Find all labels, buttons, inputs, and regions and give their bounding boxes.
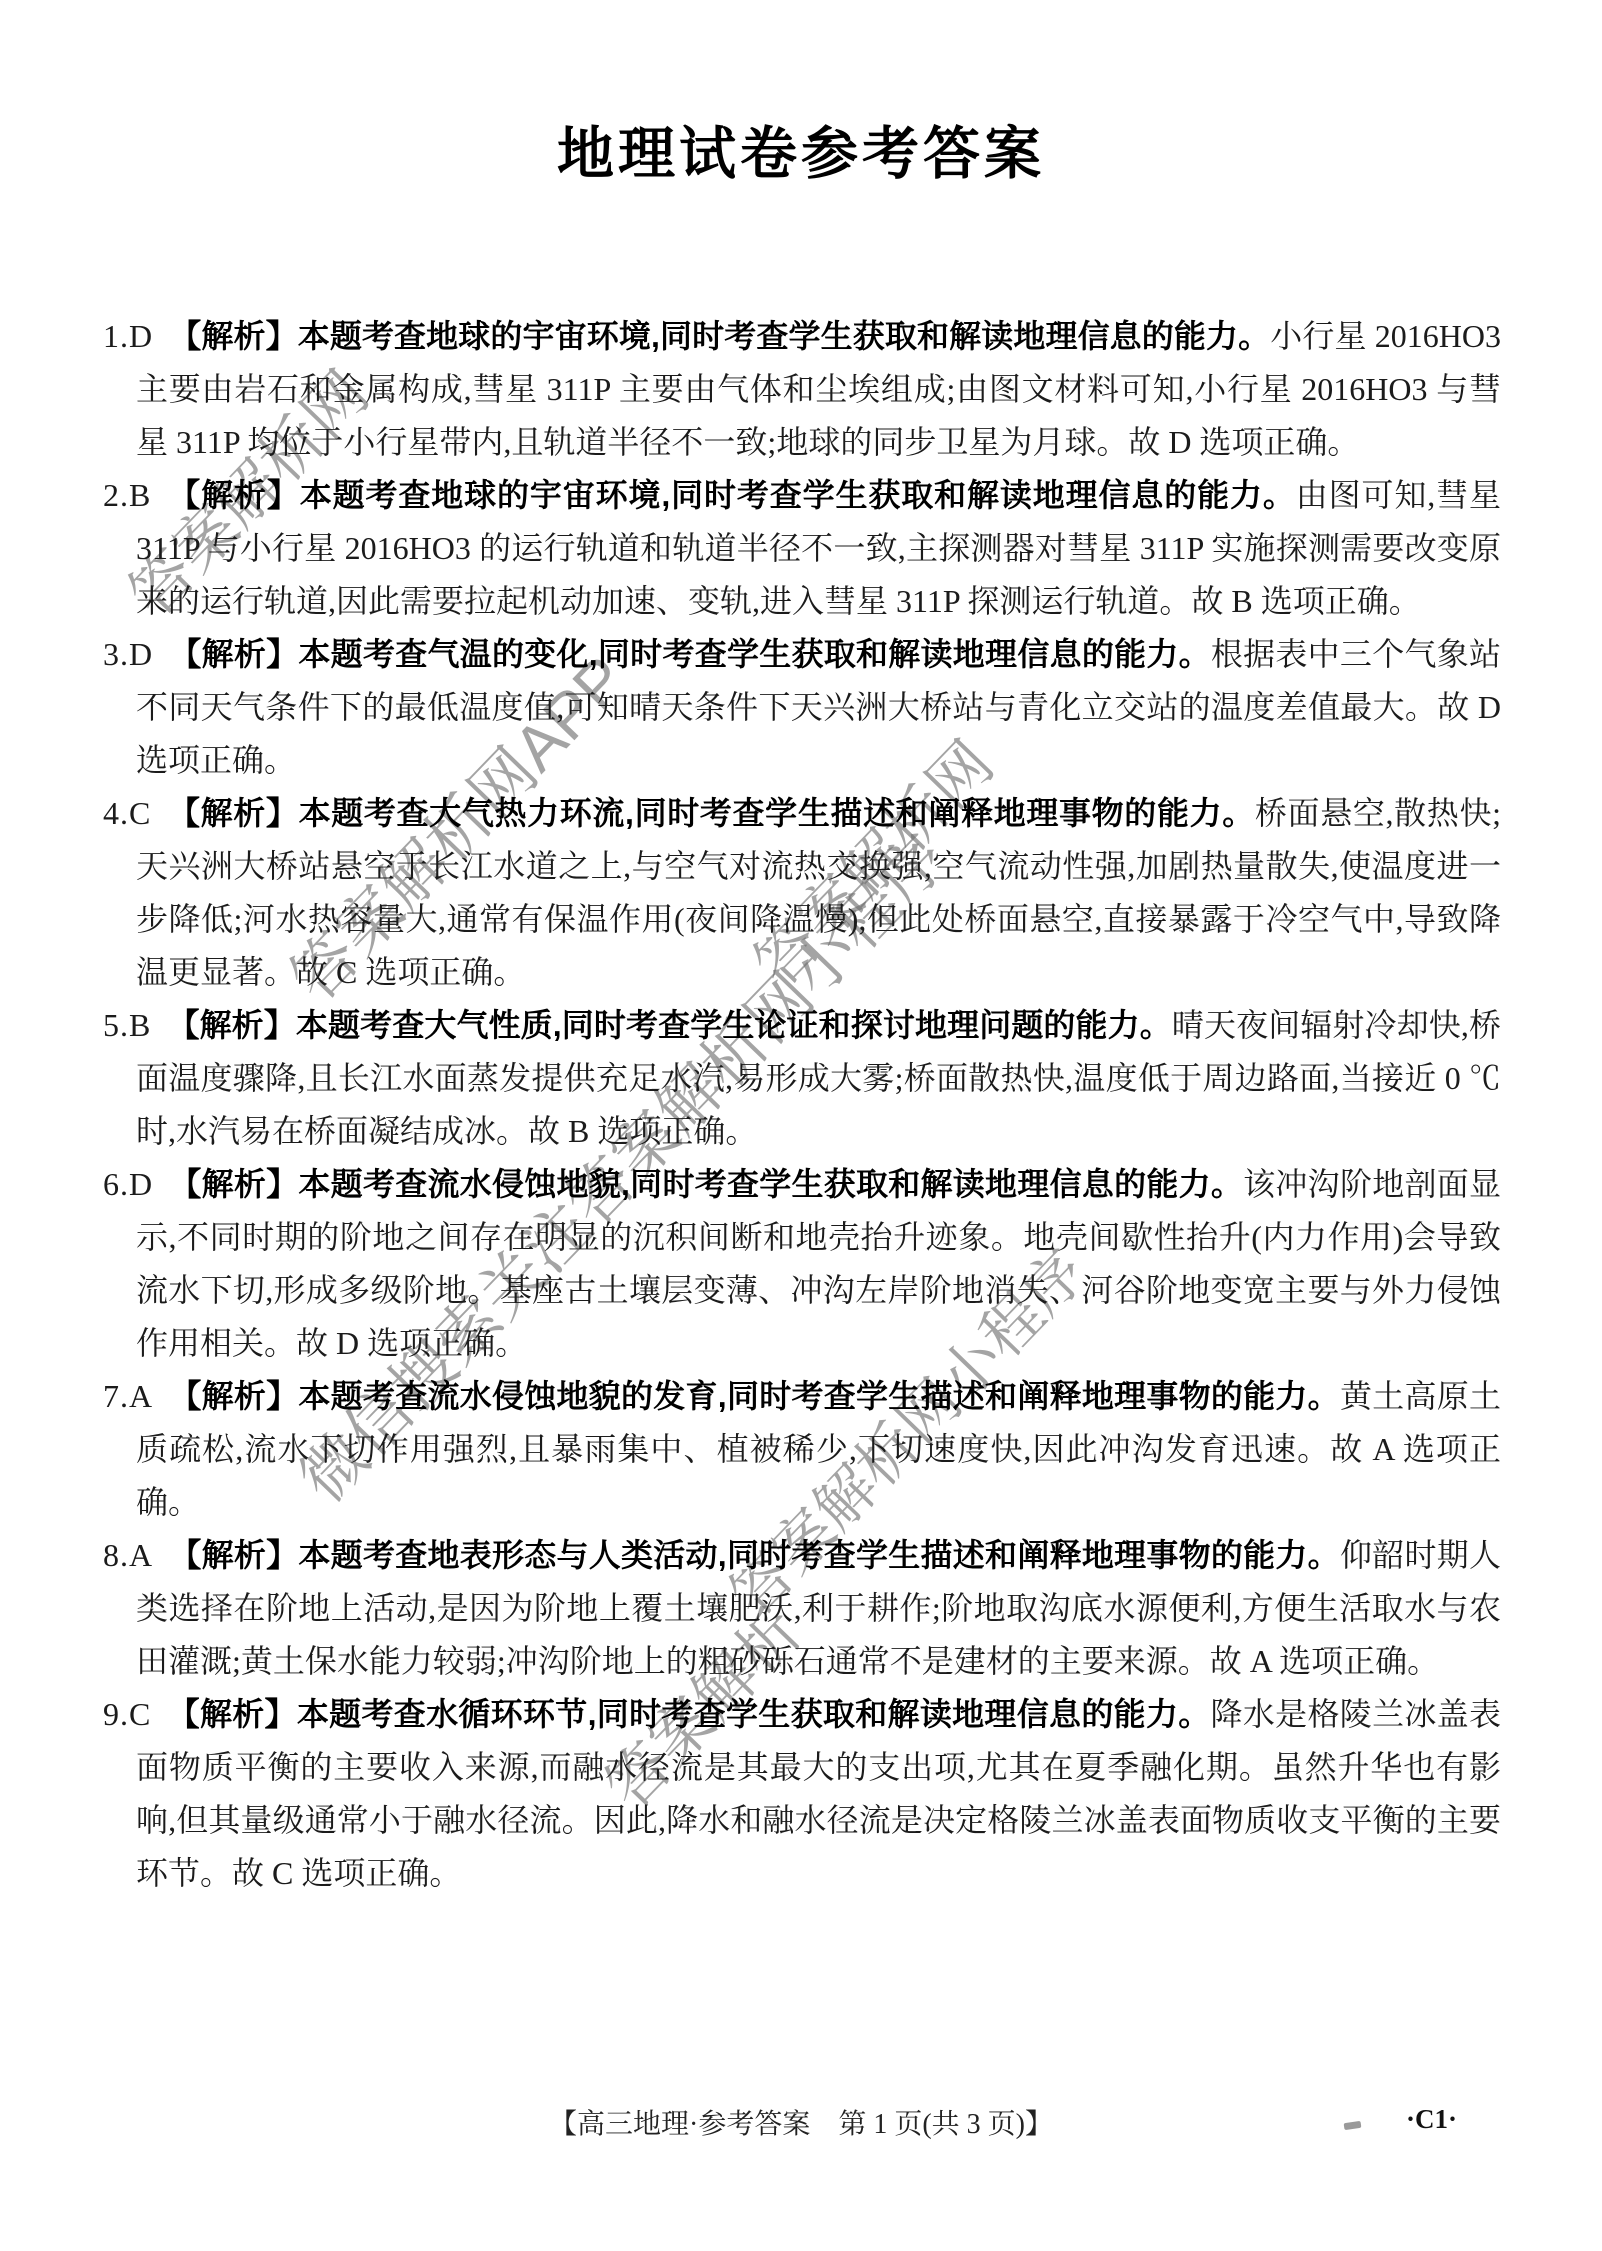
analysis-heading: 【解析】本题考查大气热力环流,同时考查学生描述和阐释地理事物的能力。 (167, 795, 1255, 831)
analysis-heading: 【解析】本题考查流水侵蚀地貌的发育,同时考查学生描述和阐释地理事物的能力。 (169, 1378, 1340, 1414)
answer-number: 8.A (103, 1537, 153, 1573)
analysis-heading: 【解析】本题考查水循环环节,同时考查学生获取和解读地理信息的能力。 (167, 1696, 1210, 1732)
answer-number: 4.C (103, 795, 151, 831)
answer-item-2: 2.B【解析】本题考查地球的宇宙环境,同时考查学生获取和解读地理信息的能力。由图… (103, 469, 1501, 628)
answer-number: 1.D (103, 318, 153, 354)
answer-item-6: 6.D【解析】本题考查流水侵蚀地貌,同时考查学生获取和解读地理信息的能力。该冲沟… (103, 1158, 1501, 1370)
analysis-heading: 【解析】本题考查地表形态与人类活动,同时考查学生描述和阐释地理事物的能力。 (169, 1537, 1340, 1573)
answer-item-5: 5.B【解析】本题考查大气性质,同时考查学生论证和探讨地理问题的能力。晴天夜间辐… (103, 999, 1501, 1158)
answer-sheet-page: 答案解析网 答案解析网APP 答案解析网 微信搜索关注答案解析网小程序 答案解析… (0, 0, 1602, 2251)
answer-item-4: 4.C【解析】本题考查大气热力环流,同时考查学生描述和阐释地理事物的能力。桥面悬… (103, 787, 1501, 999)
answer-number: 7.A (103, 1378, 153, 1414)
answer-item-1: 1.D【解析】本题考查地球的宇宙环境,同时考查学生获取和解读地理信息的能力。小行… (103, 310, 1501, 469)
answer-item-3: 3.D【解析】本题考查气温的变化,同时考查学生获取和解读地理信息的能力。根据表中… (103, 628, 1501, 787)
answer-number: 9.C (103, 1696, 151, 1732)
footer-code: ·C1· (1406, 2104, 1457, 2135)
answer-item-9: 9.C【解析】本题考查水循环环节,同时考查学生获取和解读地理信息的能力。降水是格… (103, 1688, 1501, 1900)
footer-page-label: 【高三地理·参考答案 第 1 页(共 3 页)】 (0, 2102, 1602, 2142)
answer-number: 2.B (103, 477, 151, 513)
analysis-heading: 【解析】本题考查地球的宇宙环境,同时考查学生获取和解读地理信息的能力。 (167, 477, 1295, 513)
answer-item-7: 7.A【解析】本题考查流水侵蚀地貌的发育,同时考查学生描述和阐释地理事物的能力。… (103, 1370, 1501, 1529)
answer-list: 1.D【解析】本题考查地球的宇宙环境,同时考查学生获取和解读地理信息的能力。小行… (103, 310, 1501, 1900)
analysis-heading: 【解析】本题考查气温的变化,同时考查学生获取和解读地理信息的能力。 (169, 636, 1211, 672)
answer-item-8: 8.A【解析】本题考查地表形态与人类活动,同时考查学生描述和阐释地理事物的能力。… (103, 1529, 1501, 1688)
analysis-heading: 【解析】本题考查地球的宇宙环境,同时考查学生获取和解读地理信息的能力。 (169, 318, 1270, 354)
answer-number: 5.B (103, 1007, 151, 1043)
answer-number: 6.D (103, 1166, 153, 1202)
analysis-heading: 【解析】本题考查流水侵蚀地貌,同时考查学生获取和解读地理信息的能力。 (169, 1166, 1243, 1202)
analysis-heading: 【解析】本题考查大气性质,同时考查学生论证和探讨地理问题的能力。 (167, 1007, 1172, 1043)
answer-number: 3.D (103, 636, 153, 672)
page-title: 地理试卷参考答案 (0, 108, 1602, 190)
